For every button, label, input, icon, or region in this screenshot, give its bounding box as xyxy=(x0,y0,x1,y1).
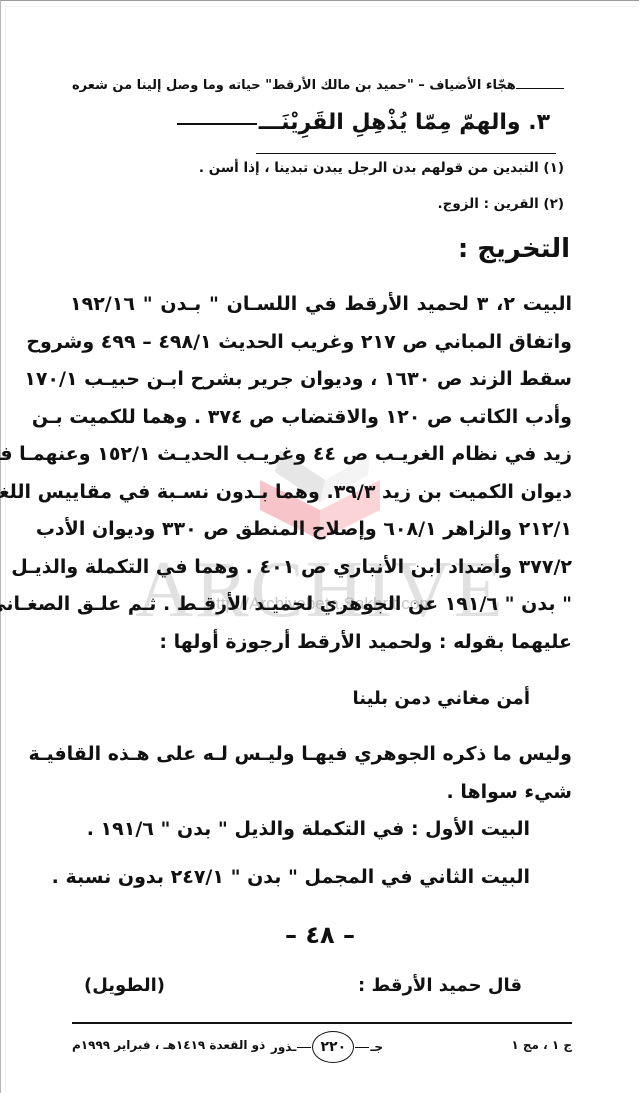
footer-rule xyxy=(72,1022,572,1024)
verse-tatweel xyxy=(177,123,257,125)
footer-volume: ج ١ ، مج ١ xyxy=(511,1038,572,1052)
footer-magazine: ـذور ٢٢٠ جـ xyxy=(267,1030,387,1064)
magazine-name-end: ـذور xyxy=(271,1040,296,1054)
paragraph-line: وليس ما ذكره الجوهري فيهـا وليـس لـه على… xyxy=(70,735,572,773)
magazine-name-start: جـ xyxy=(370,1040,383,1054)
poet-intro: قال حميد الأرقط : xyxy=(358,975,522,996)
footnote-1: (١) التبدين من قولهم بدن الرجل يبدن تبدي… xyxy=(199,160,564,176)
paragraph-line: " بدن " ١٩١/٦ عن الجوهري لحميـد الأرقـط … xyxy=(70,586,572,624)
paragraph-line: ٢١٢/١ والزاهر ٦٠٨/١ وإصلاح المنطق ص ٣٣٠ … xyxy=(70,511,572,549)
verse-line: ٣. والهمّ مِمّا يُذْهِلِ القَرِيْنَـــ xyxy=(177,110,550,135)
second-paragraph: وليس ما ذكره الجوهري فيهـا وليـس لـه على… xyxy=(70,735,572,811)
section-heading: التخريج : xyxy=(458,234,570,264)
inner-page-number: – ٤٨ – xyxy=(0,921,640,949)
verse-note-first: البيت الأول : في التكملة والذيل " بدن " … xyxy=(87,818,530,840)
running-header: هجّاء الأضياف – "حميد بن مالك الأرقط" حي… xyxy=(72,78,568,93)
paragraph-line: ٣٧٧/٢ وأضداد ابن الأنباري ص ٤٠١ . وهما ف… xyxy=(70,549,572,587)
paragraph-line: البيت ٢، ٣ لحميد الأرقط في اللسـان " بـد… xyxy=(70,286,572,324)
paragraph-line: شيء سواها . xyxy=(70,773,572,811)
footer-page-number: ٢٢٠ xyxy=(312,1031,354,1063)
running-header-rule xyxy=(516,88,564,89)
paragraph-line: عليهما بقوله : ولحميد الأرقط أرجوزة أوله… xyxy=(70,624,572,662)
magazine-dash xyxy=(297,1047,311,1048)
poem-opening-line: أمن مغاني دمن بلينا xyxy=(353,688,531,709)
footnote-divider xyxy=(256,153,556,154)
verse-text: ٣. والهمّ مِمّا يُذْهِلِ القَرِيْنَـــ xyxy=(259,110,550,135)
verse-note-second: البيت الثاني في المجمل " بدن " ٢٤٧/١ بدو… xyxy=(52,866,530,888)
poem-meter: (الطويل) xyxy=(84,975,165,996)
running-header-text: هجّاء الأضياف – "حميد بن مالك الأرقط" حي… xyxy=(72,78,516,93)
paragraph-line: زيد في نظام الغريـب ص ٤٤ وغريـب الحديـث … xyxy=(70,436,572,474)
paragraph-line: واتفاق المباني ص ٢١٧ وغريب الحديث ٤٩٨/١ … xyxy=(70,324,572,362)
magazine-dash xyxy=(355,1047,369,1048)
paragraph-line: ديوان الكميت بن زيد ٣٩/٣. وهما بـدون نسـ… xyxy=(70,474,572,512)
paragraph-line: وأدب الكاتب ص ١٢٠ والاقتضاب ص ٣٧٤ . وهما… xyxy=(70,399,572,437)
page-footer: ج ١ ، مج ١ ـذور ٢٢٠ جـ ذو القعدة ١٤١٩هـ … xyxy=(72,1030,572,1066)
paragraph-line: سقط الزند ص ١٦٣٠ ، وديوان جرير بشرح ابـن… xyxy=(70,361,572,399)
takhrij-paragraph: البيت ٢، ٣ لحميد الأرقط في اللسـان " بـد… xyxy=(70,286,572,661)
footnote-2: (٢) القرين : الزوج. xyxy=(438,196,564,212)
footer-date: ذو القعدة ١٤١٩هـ ، فبراير ١٩٩٩م xyxy=(72,1038,265,1052)
